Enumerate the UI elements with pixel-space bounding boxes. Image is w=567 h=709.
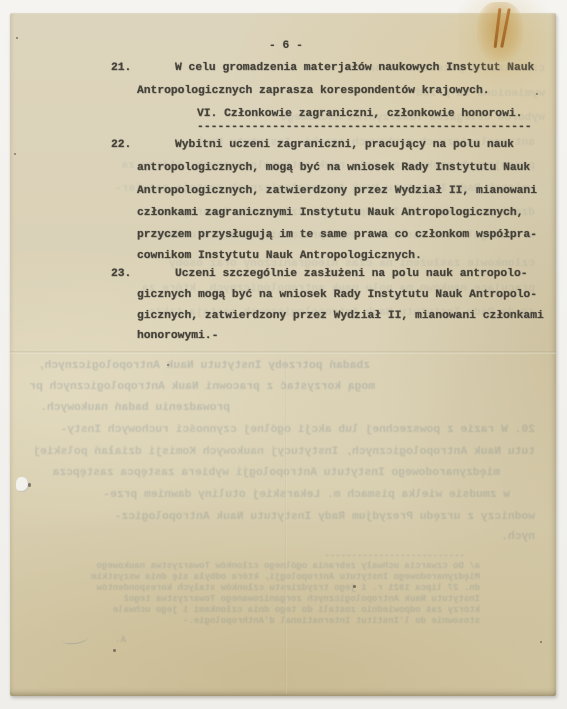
ink-speck <box>14 153 16 155</box>
ink-speck <box>167 364 169 366</box>
handwritten-mark-11 <box>492 6 514 50</box>
bleedthrough-text: Instytutu Nauk Antropologicznych zorgani… <box>85 594 480 604</box>
section-heading: VI. Członkowie zagraniczni, członkowie h… <box>197 108 567 122</box>
heading-text: VI. Członkowie zagraniczni, członkowie h… <box>197 108 522 120</box>
text-line: cownikom Instytutu Nauk Antropologicznyc… <box>137 250 552 264</box>
line-text: Wybitni uczeni zagraniczni, pracujący na… <box>175 139 514 152</box>
bleedthrough-text: prowadzeniu badań naukowych. <box>30 402 230 415</box>
ink-speck <box>113 649 116 652</box>
text-line: honorowymi.- <box>137 330 552 344</box>
ink-speck <box>536 93 538 95</box>
pen-stroke <box>494 8 501 48</box>
line-text: Uczeni szczególnie zasłużeni na polu nau… <box>175 268 528 281</box>
line-text: Antropologicznych zaprasza korespondentó… <box>137 85 490 97</box>
heading-underline: ----------------------------------------… <box>197 121 567 135</box>
pen-stroke <box>500 8 510 48</box>
line-text: antropologicznych, mogą być na wniosek R… <box>137 162 530 174</box>
vertical-fold-crease <box>285 358 287 694</box>
line-text: cownikom Instytutu Nauk Antropologicznyc… <box>137 250 422 262</box>
text-line: gicznych mogą być na wniosek Rady Instyt… <box>137 289 552 303</box>
text-line: 22.Wybitni uczeni zagraniczni, pracujący… <box>137 139 552 153</box>
bleedthrough-text: mogą korzystać z pracowni Nauk Antropolo… <box>30 381 375 394</box>
paragraph-number: 22. <box>111 139 131 152</box>
text-line: członkami zagranicznymi Instytutu Nauk A… <box>137 207 552 221</box>
bleedthrough-text: a/ Do czwarcia uchwały zebrania ogólnego… <box>85 561 480 571</box>
bleedthrough-text: A. <box>106 635 126 645</box>
ink-speck <box>540 641 542 643</box>
bleedthrough-text: -------------------------- <box>310 551 465 561</box>
line-text: członkami zagranicznymi Instytutu Nauk A… <box>137 207 523 219</box>
bleedthrough-text: Międzynarodowego Instytutu Antropologji,… <box>85 572 480 582</box>
horizontal-fold-crease <box>10 351 556 354</box>
paper-chip-shadow <box>28 483 31 487</box>
bleedthrough-text: w zmudsie wielka pismach m. Lekarskiej o… <box>30 489 510 502</box>
bleedthrough-text: nych. <box>475 531 535 544</box>
ink-speck <box>353 585 356 588</box>
line-text: Antropologicznych, zatwierdzony przez Wy… <box>137 185 537 197</box>
line-text: gicznych mogą być na wniosek Rady Instyt… <box>137 289 537 301</box>
scanned-document: członkach i przestrzeni nauro- wymienion… <box>0 0 567 709</box>
text-line: 23.Uczeni szczególnie zasłużeni na polu … <box>137 268 552 282</box>
underline-dashes: ----------------------------------------… <box>197 121 532 133</box>
text-line: Antropologicznych, zatwierdzony przez Wy… <box>137 185 552 199</box>
bleedthrough-text: 20. W razie z powszechnej lub akcji ogól… <box>30 424 535 437</box>
ink-speck <box>16 37 18 39</box>
bleedthrough-text: dn. 27 lipca 1921 r. i jego trzydziestu … <box>85 583 480 593</box>
bleedthrough-text: stosownie do l'Institut International d'… <box>85 616 480 626</box>
bleedthrough-text: międzynarodowego Instytutu Antropologji … <box>30 467 500 480</box>
text-line: gicznych, zatwierdzony przez Wydział II,… <box>137 310 552 324</box>
text-line: przyczem przysługują im te same prawa co… <box>137 229 552 243</box>
paragraph-number: 23. <box>111 268 131 281</box>
text-line: antropologicznych, mogą być na wniosek R… <box>137 162 552 176</box>
paragraph-number: 21. <box>111 62 131 75</box>
bleedthrough-text: którzy zaś odpowiednio zostali do tego d… <box>85 605 480 615</box>
line-text: gicznych, zatwierdzony przez Wydział II,… <box>137 310 544 322</box>
bleedthrough-text: tutu Nauk Antropologicznych, Instytucyj … <box>30 446 535 459</box>
line-text: honorowymi.- <box>137 330 218 342</box>
bleedthrough-text: wodniczy z urzędu Prezydjum Rady Instytu… <box>30 511 535 524</box>
page-number: - 6 - <box>269 40 303 52</box>
bleedthrough-text: zbadań potrzeby Instytutu Nauk Antropolo… <box>30 360 370 373</box>
line-text: przyczem przysługują im te same prawa co… <box>137 229 537 241</box>
